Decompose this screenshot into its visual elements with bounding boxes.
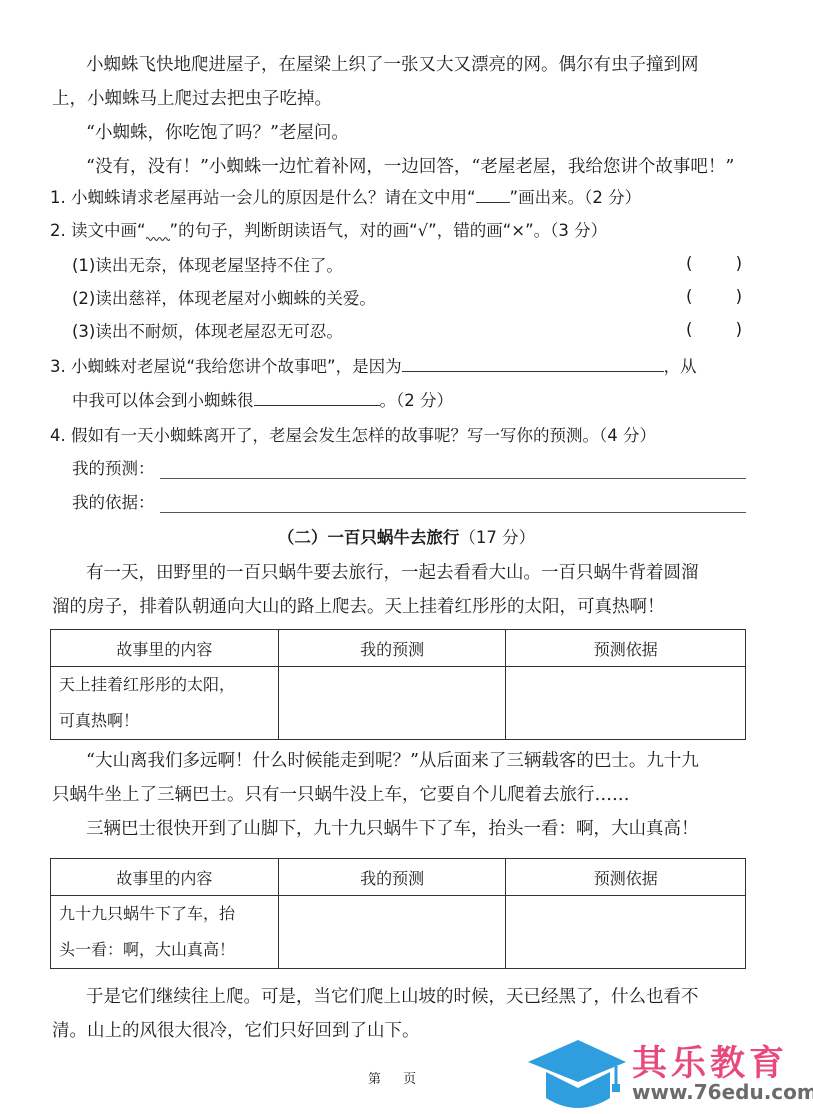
cell-line: 头一看：啊，大山真高！ — [59, 932, 278, 968]
table-header: 预测依据 — [506, 859, 746, 896]
q3-answer-blank-2[interactable] — [254, 391, 380, 406]
page-number: 第 页 — [368, 1068, 416, 1087]
cell-line: 天上挂着红彤彤的太阳， — [59, 667, 278, 703]
q2-option-2-answer-box[interactable]: () — [686, 287, 742, 306]
basis-answer-line[interactable] — [160, 512, 746, 513]
passage-line: “没有，没有！”小蜘蛛一边忙着补网，一边回答，“老屋老屋，我给您讲个故事吧！” — [86, 155, 734, 179]
q2-option-1-answer-box[interactable]: () — [686, 254, 742, 273]
q2-option-1: (1)读出无奈，体现老屋坚持不住了。 — [72, 254, 343, 278]
table-header: 故事里的内容 — [51, 630, 279, 667]
passage-line: “小蜘蛛，你吃饱了吗？”老屋问。 — [86, 121, 349, 145]
question-2-text: 2. 读文中画“ — [50, 221, 146, 240]
story-line: 有一天，田野里的一百只蜗牛要去旅行，一起去看看大山。一百只蜗牛背着圆溜 — [86, 561, 699, 585]
close-paren: ) — [736, 287, 742, 306]
story-line: 三辆巴士很快开到了山脚下，九十九只蜗牛下了车，抬头一看：啊，大山真高！ — [86, 817, 699, 841]
close-paren: ) — [736, 320, 742, 339]
q2-option-2: (2)读出慈祥，体现老屋对小蜘蛛的关爱。 — [72, 287, 376, 311]
question-3-text: 3. 小蜘蛛对老屋说“我给您讲个故事吧”，是因为 — [50, 357, 402, 376]
watermark-logo: 其乐教育 www.76edu.com — [524, 1036, 809, 1112]
question-3-text-2: 中我可以体会到小蜘蛛很 — [72, 391, 254, 410]
story-line: 只蜗牛坐上了三辆巴士。只有一只蜗牛没上车，它要自个儿爬着去旅行…… — [52, 783, 630, 807]
open-paren: ( — [686, 254, 692, 273]
section-score: （17 分） — [459, 528, 535, 547]
story-line: 溜的房子，排着队朝通向大山的路上爬去。天上挂着红彤彤的太阳，可真热啊！ — [52, 595, 665, 619]
question-3-score: 。（2 分） — [380, 391, 454, 410]
passage-line: 上，小蜘蛛马上爬过去把虫子吃掉。 — [52, 87, 332, 111]
graduation-cap-icon — [524, 1036, 628, 1112]
cell-line: 可真热啊！ — [59, 703, 278, 739]
prediction-answer-line[interactable] — [160, 478, 746, 479]
question-3-connector: ，从 — [664, 357, 697, 376]
prediction-label: 我的预测： — [72, 457, 155, 481]
wavy-underline-icon — [146, 222, 170, 236]
question-2: 2. 读文中画“”的句子，判断朗读语气，对的画“√”，错的画“×”。（3 分） — [50, 219, 607, 243]
prediction-basis-cell[interactable] — [506, 896, 746, 969]
q2-option-3-answer-box[interactable]: () — [686, 320, 742, 339]
question-1: 1. 小蜘蛛请求老屋再站一会儿的原因是什么？请在文中用“”画出来。（2 分） — [50, 186, 641, 210]
straight-underline-sample — [476, 188, 510, 203]
close-paren: ) — [736, 254, 742, 273]
table-header: 我的预测 — [278, 859, 506, 896]
table-header: 故事里的内容 — [51, 859, 279, 896]
prediction-basis-cell[interactable] — [506, 667, 746, 740]
cell-line: 九十九只蜗牛下了车，抬 — [59, 896, 278, 932]
open-paren: ( — [686, 320, 692, 339]
question-2-instruction: ”的句子，判断朗读语气，对的画“√”，错的画“×”。（3 分） — [170, 221, 608, 240]
question-1-text: 1. 小蜘蛛请求老屋再站一会儿的原因是什么？请在文中用“ — [50, 188, 476, 207]
my-prediction-cell[interactable] — [278, 667, 506, 740]
story-content-cell: 天上挂着红彤彤的太阳，可真热啊！ — [51, 667, 279, 740]
my-prediction-cell[interactable] — [278, 896, 506, 969]
q2-option-3: (3)读出不耐烦，体现老屋忍无可忍。 — [72, 320, 343, 344]
prediction-table-1: 故事里的内容 我的预测 预测依据 天上挂着红彤彤的太阳，可真热啊！ — [50, 629, 746, 740]
open-paren: ( — [686, 287, 692, 306]
section-title: （二）一百只蜗牛去旅行（17 分） — [0, 524, 813, 548]
question-3-line-2: 中我可以体会到小蜘蛛很。（2 分） — [72, 389, 453, 413]
table-header: 预测依据 — [506, 630, 746, 667]
story-line: 于是它们继续往上爬。可是，当它们爬上山坡的时候，天已经黑了，什么也看不 — [86, 985, 699, 1009]
watermark-url: www.76edu.com — [632, 1080, 813, 1104]
table-header: 我的预测 — [278, 630, 506, 667]
story-line: “大山离我们多远啊！什么时候能走到呢？”从后面来了三辆载客的巴士。九十九 — [86, 749, 699, 773]
question-4: 4. 假如有一天小蜘蛛离开了，老屋会发生怎样的故事呢？写一写你的预测。（4 分） — [50, 424, 656, 448]
passage-line: 小蜘蛛飞快地爬进屋子，在屋梁上织了一张又大又漂亮的网。偶尔有虫子撞到网 — [86, 53, 699, 77]
q3-answer-blank-1[interactable] — [402, 357, 664, 372]
story-content-cell: 九十九只蜗牛下了车，抬头一看：啊，大山真高！ — [51, 896, 279, 969]
watermark-name: 其乐教育 — [632, 1036, 788, 1086]
section-title-text: （二）一百只蜗牛去旅行 — [278, 528, 460, 547]
question-3-line-1: 3. 小蜘蛛对老屋说“我给您讲个故事吧”，是因为，从 — [50, 355, 697, 379]
story-line: 清。山上的风很大很冷，它们只好回到了山下。 — [52, 1019, 420, 1043]
basis-label: 我的依据： — [72, 491, 155, 515]
prediction-table-2: 故事里的内容 我的预测 预测依据 九十九只蜗牛下了车，抬头一看：啊，大山真高！ — [50, 858, 746, 969]
question-1-score: ”画出来。（2 分） — [510, 188, 642, 207]
